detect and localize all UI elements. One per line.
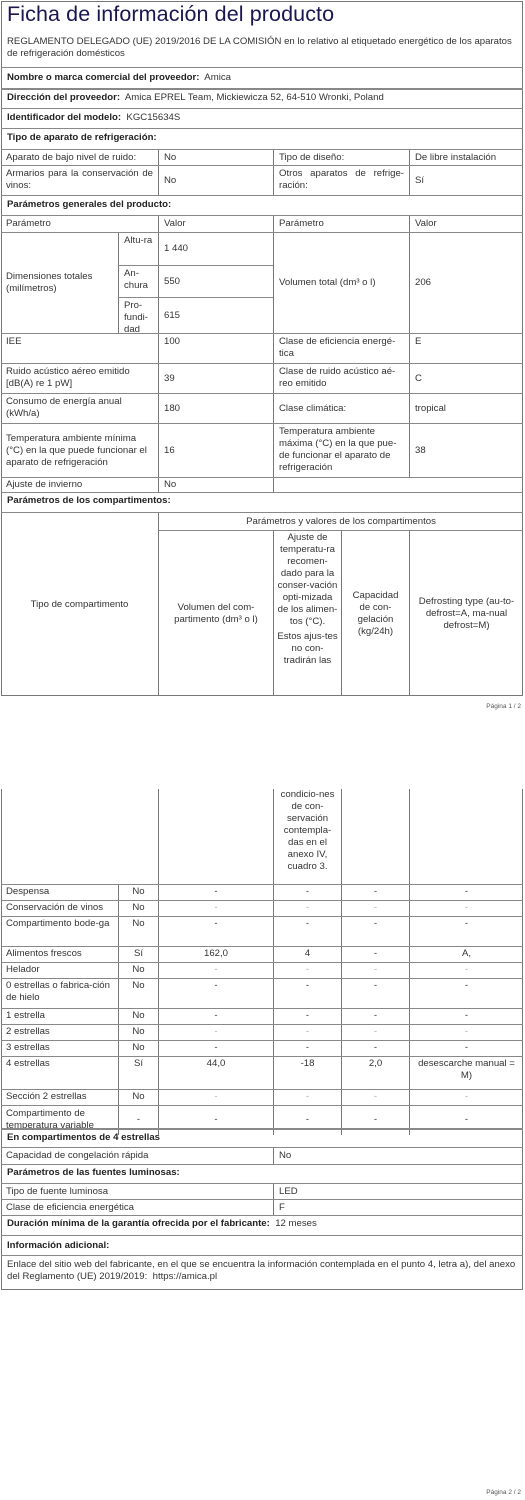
compartment-temp: - xyxy=(273,917,341,946)
other-value: Sí xyxy=(409,166,523,195)
width-label: An-chura xyxy=(118,266,158,297)
annual-energy-label: Consumo de energía anual (kWh/a) xyxy=(1,394,158,423)
group-header: Parámetros y valores de los compartiment… xyxy=(158,513,523,530)
compartment-freeze: - xyxy=(341,901,409,916)
general-heading-row: Parámetros generales del producto: xyxy=(1,195,523,215)
model-label: Identificador del modelo: xyxy=(7,112,121,123)
compartment-type: Helador xyxy=(1,963,118,978)
compartment-freeze: - xyxy=(341,963,409,978)
compartment-present: No xyxy=(118,1009,158,1024)
compartment-temp: -18 xyxy=(273,1057,341,1089)
compartment-temp: - xyxy=(273,1025,341,1040)
temp-header-part3: condicio-nes de con-servación contempla-… xyxy=(273,789,341,884)
col-value-1: Valor xyxy=(158,216,273,232)
general-heading: Parámetros generales del producto: xyxy=(7,199,171,211)
compartment-freeze: - xyxy=(341,1090,409,1105)
noise-class-label: Clase de ruido acústico aé-reo emitido xyxy=(273,364,409,393)
model-value: KGC15634S xyxy=(126,112,180,123)
table-row: Alimentos frescosSí162,04-A, xyxy=(1,946,523,962)
additional-text-row: Enlace del sitio web del fabricante, en … xyxy=(1,1255,523,1290)
warranty-value: 12 meses xyxy=(275,1218,317,1229)
manufacturer-link[interactable]: https://amica.pl xyxy=(153,1271,218,1282)
col-param-1: Parámetro xyxy=(1,216,158,232)
warranty-label: Duración mínima de la garantía ofrecida … xyxy=(7,1218,270,1229)
compartment-defrost: - xyxy=(409,979,523,1008)
compartment-volume: - xyxy=(158,917,273,946)
compartment-present: No xyxy=(118,917,158,946)
compartment-defrost: - xyxy=(409,901,523,916)
four-star-heading-row: En compartimentos de 4 estrellas xyxy=(1,1128,523,1147)
depth-value: 615 xyxy=(158,298,273,333)
fast-freeze-value: No xyxy=(273,1148,523,1164)
height-label: Altu-ra xyxy=(118,233,158,265)
compartment-present: Sí xyxy=(118,947,158,962)
general-col-header-row: Parámetro Valor Parámetro Valor xyxy=(1,215,523,232)
page-title: Ficha de información del producto xyxy=(7,2,334,27)
other-label: Otros aparatos de refrige-ración: xyxy=(273,166,409,195)
compartment-defrost: - xyxy=(409,1025,523,1040)
compartment-defrost: - xyxy=(409,1090,523,1105)
noise-row: Ruido acústico aéreo emitido [dB(A) re 1… xyxy=(1,363,523,393)
compartment-temp: - xyxy=(273,1090,341,1105)
compartments-header-p2: condicio-nes de con-servación contempla-… xyxy=(1,789,523,884)
light-class-value: F xyxy=(273,1200,523,1215)
compartment-volume: 44,0 xyxy=(158,1057,273,1089)
supplier-address-value: Amica EPREL Team, Mickiewicza 52, 64-510… xyxy=(125,92,384,103)
max-temp-label: Temperatura ambiente máxima (°C) en la q… xyxy=(273,424,409,477)
compartment-present: No xyxy=(118,885,158,900)
col-param-2: Parámetro xyxy=(273,216,409,232)
temp-row: Temperatura ambiente mínima (°C) en la q… xyxy=(1,423,523,477)
climate-label: Clase climática: xyxy=(273,394,409,423)
compartment-freeze: - xyxy=(341,947,409,962)
min-temp-label: Temperatura ambiente mínima (°C) en la q… xyxy=(1,424,158,477)
compartment-type: Alimentos frescos xyxy=(1,947,118,962)
winter-label: Ajuste de invierno xyxy=(1,478,158,492)
winter-row: Ajuste de invierno No xyxy=(1,477,523,492)
supplier-address-row: Dirección del proveedor: Amica EPREL Tea… xyxy=(1,88,523,108)
compartment-defrost: - xyxy=(409,885,523,900)
height-value: 1 440 xyxy=(158,233,273,265)
compartment-temp: - xyxy=(273,901,341,916)
climate-value: tropical xyxy=(409,394,523,423)
light-class-row: Clase de eficiencia energética F xyxy=(1,1199,523,1215)
total-volume-label: Volumen total (dm³ o l) xyxy=(273,233,409,333)
four-star-heading: En compartimentos de 4 estrellas xyxy=(7,1132,160,1144)
compartment-freeze: - xyxy=(341,885,409,900)
energy-class-value: E xyxy=(409,334,523,363)
page-number-2: Página 2 / 2 xyxy=(486,1489,521,1496)
compartment-temp: - xyxy=(273,1041,341,1056)
compartment-present: No xyxy=(118,963,158,978)
table-row: 1 estrellaNo---- xyxy=(1,1008,523,1024)
design-label: Tipo de diseño: xyxy=(273,150,409,165)
table-row: 3 estrellasNo---- xyxy=(1,1040,523,1056)
compartment-temp: - xyxy=(273,1009,341,1024)
compartment-volume: - xyxy=(158,1025,273,1040)
defrost-header: Defrosting type (au-to-defrost=A, ma-nua… xyxy=(409,531,523,696)
noise-value: 39 xyxy=(158,364,273,393)
compartment-defrost: - xyxy=(409,1009,523,1024)
model-row: Identificador del modelo: KGC15634S xyxy=(1,108,523,128)
compartment-present: No xyxy=(118,979,158,1008)
type-header: Tipo de compartimento xyxy=(1,513,158,696)
min-temp-value: 16 xyxy=(158,424,273,477)
table-row: Compartimento bode-gaNo---- xyxy=(1,916,523,946)
compartment-volume: - xyxy=(158,885,273,900)
light-type-value: LED xyxy=(273,1184,523,1199)
freeze-header: Capacidad de con-gelación (kg/24h) xyxy=(341,531,409,696)
compartments-heading-row: Parámetros de los compartimentos: xyxy=(1,492,523,512)
eei-label: IEE xyxy=(1,334,158,363)
temp-header-part1: Ajuste de temperatu-ra recomen-dado para… xyxy=(277,532,338,628)
compartment-type: Sección 2 estrellas xyxy=(1,1090,118,1105)
appliance-row-1: Aparato de bajo nivel de ruido: No Tipo … xyxy=(1,149,523,165)
compartment-volume: - xyxy=(158,1090,273,1105)
eei-value: 100 xyxy=(158,334,273,363)
compartment-present: No xyxy=(118,1025,158,1040)
compartment-freeze: 2,0 xyxy=(341,1057,409,1089)
fast-freeze-label: Capacidad de congelación rápida xyxy=(1,1148,273,1164)
compartment-defrost: desescarche manual = M) xyxy=(409,1057,523,1089)
compartment-temp: - xyxy=(273,979,341,1008)
low-noise-label: Aparato de bajo nivel de ruido: xyxy=(1,150,158,165)
table-row: 4 estrellasSí44,0-182,0desescarche manua… xyxy=(1,1056,523,1089)
table-row: Conservación de vinosNo---- xyxy=(1,900,523,916)
supplier-address-label: Dirección del proveedor: xyxy=(7,92,120,103)
compartment-type: Despensa xyxy=(1,885,118,900)
compartment-type: Conservación de vinos xyxy=(1,901,118,916)
compartment-type: 4 estrellas xyxy=(1,1057,118,1089)
table-row: 0 estrellas o fabrica-ción de hieloNo---… xyxy=(1,978,523,1008)
compartment-present: No xyxy=(118,1090,158,1105)
volume-header: Volumen del com-partimento (dm³ o l) xyxy=(158,531,273,696)
regulation-text: REGLAMENTO DELEGADO (UE) 2019/2016 DE LA… xyxy=(7,36,512,60)
compartment-type: 0 estrellas o fabrica-ción de hielo xyxy=(1,979,118,1008)
compartment-defrost: - xyxy=(409,917,523,946)
supplier-name-label: Nombre o marca comercial del proveedor: xyxy=(7,72,199,83)
compartment-type: 1 estrella xyxy=(1,1009,118,1024)
compartment-defrost: - xyxy=(409,963,523,978)
annual-energy-row: Consumo de energía anual (kWh/a) 180 Cla… xyxy=(1,393,523,423)
energy-class-label: Clase de eficiencia energé-tica xyxy=(273,334,409,363)
dimensions-label: Dimensiones totales (milímetros) xyxy=(1,233,118,333)
supplier-name-value: Amica xyxy=(204,72,231,83)
compartment-defrost: A, xyxy=(409,947,523,962)
compartment-temp: - xyxy=(273,963,341,978)
width-value: 550 xyxy=(158,266,273,297)
compartment-present: Sí xyxy=(118,1057,158,1089)
dimensions-block: Dimensiones totales (milímetros) Altu-ra… xyxy=(1,232,523,333)
regulation-prefix: REGLAMENTO DELEGADO (UE) 2019/2016 DE LA… xyxy=(7,36,281,47)
light-type-label: Tipo de fuente luminosa xyxy=(1,1184,273,1199)
compartment-volume: - xyxy=(158,1041,273,1056)
table-row: DespensaNo---- xyxy=(1,884,523,900)
compartment-type: Compartimento bode-ga xyxy=(1,917,118,946)
annual-energy-value: 180 xyxy=(158,394,273,423)
eei-row: IEE 100 Clase de eficiencia energé-tica … xyxy=(1,333,523,363)
light-heading-row: Parámetros de las fuentes luminosas: xyxy=(1,1164,523,1183)
compartment-volume: - xyxy=(158,901,273,916)
compartment-volume: - xyxy=(158,979,273,1008)
appliance-row-2: Armarios para la conservación de vinos: … xyxy=(1,165,523,195)
compartments-heading: Parámetros de los compartimentos: xyxy=(7,495,171,507)
compartment-present: No xyxy=(118,901,158,916)
temp-header-part2: Estos ajus-tes no con-tradirán las xyxy=(277,631,338,667)
light-class-label: Clase de eficiencia energética xyxy=(1,1200,273,1215)
table-row: Sección 2 estrellasNo---- xyxy=(1,1089,523,1105)
wine-label: Armarios para la conservación de vinos: xyxy=(1,166,158,195)
page-number-1: Página 1 / 2 xyxy=(486,703,521,710)
table-row: HeladorNo---- xyxy=(1,962,523,978)
design-value: De libre instalación xyxy=(409,150,523,165)
noise-class-value: C xyxy=(409,364,523,393)
additional-text: Enlace del sitio web del fabricante, en … xyxy=(7,1259,515,1282)
compartment-defrost: - xyxy=(409,1041,523,1056)
compartment-freeze: - xyxy=(341,1009,409,1024)
additional-heading-row: Información adicional: xyxy=(1,1235,523,1255)
compartment-freeze: - xyxy=(341,1025,409,1040)
additional-heading: Información adicional: xyxy=(7,1240,109,1252)
compartment-type: 2 estrellas xyxy=(1,1025,118,1040)
compartment-freeze: - xyxy=(341,979,409,1008)
supplier-name-row: Nombre o marca comercial del proveedor: … xyxy=(1,67,523,88)
compartment-temp: - xyxy=(273,885,341,900)
compartment-type: 3 estrellas xyxy=(1,1041,118,1056)
appliance-type-heading: Tipo de aparato de refrigeración: xyxy=(7,132,157,144)
compartment-volume: - xyxy=(158,1009,273,1024)
table-row: 2 estrellasNo---- xyxy=(1,1024,523,1040)
light-type-row: Tipo de fuente luminosa LED xyxy=(1,1183,523,1199)
light-heading: Parámetros de las fuentes luminosas: xyxy=(7,1167,180,1179)
compartment-freeze: - xyxy=(341,917,409,946)
max-temp-value: 38 xyxy=(409,424,523,477)
compartments-header-p1: Tipo de compartimento Parámetros y valor… xyxy=(1,512,523,696)
wine-value: No xyxy=(158,166,273,195)
winter-value: No xyxy=(158,478,273,492)
compartment-present: No xyxy=(118,1041,158,1056)
fast-freeze-row: Capacidad de congelación rápida No xyxy=(1,1147,523,1164)
low-noise-value: No xyxy=(158,150,273,165)
col-value-2: Valor xyxy=(409,216,523,232)
warranty-row: Duración mínima de la garantía ofrecida … xyxy=(1,1215,523,1235)
compartment-volume: 162,0 xyxy=(158,947,273,962)
depth-label: Pro-fundi-dad xyxy=(118,298,158,333)
compartment-volume: - xyxy=(158,963,273,978)
compartment-freeze: - xyxy=(341,1041,409,1056)
appliance-type-heading-row: Tipo de aparato de refrigeración: xyxy=(1,128,523,149)
noise-label: Ruido acústico aéreo emitido [dB(A) re 1… xyxy=(1,364,158,393)
total-volume-value: 206 xyxy=(409,233,523,333)
compartment-temp: 4 xyxy=(273,947,341,962)
